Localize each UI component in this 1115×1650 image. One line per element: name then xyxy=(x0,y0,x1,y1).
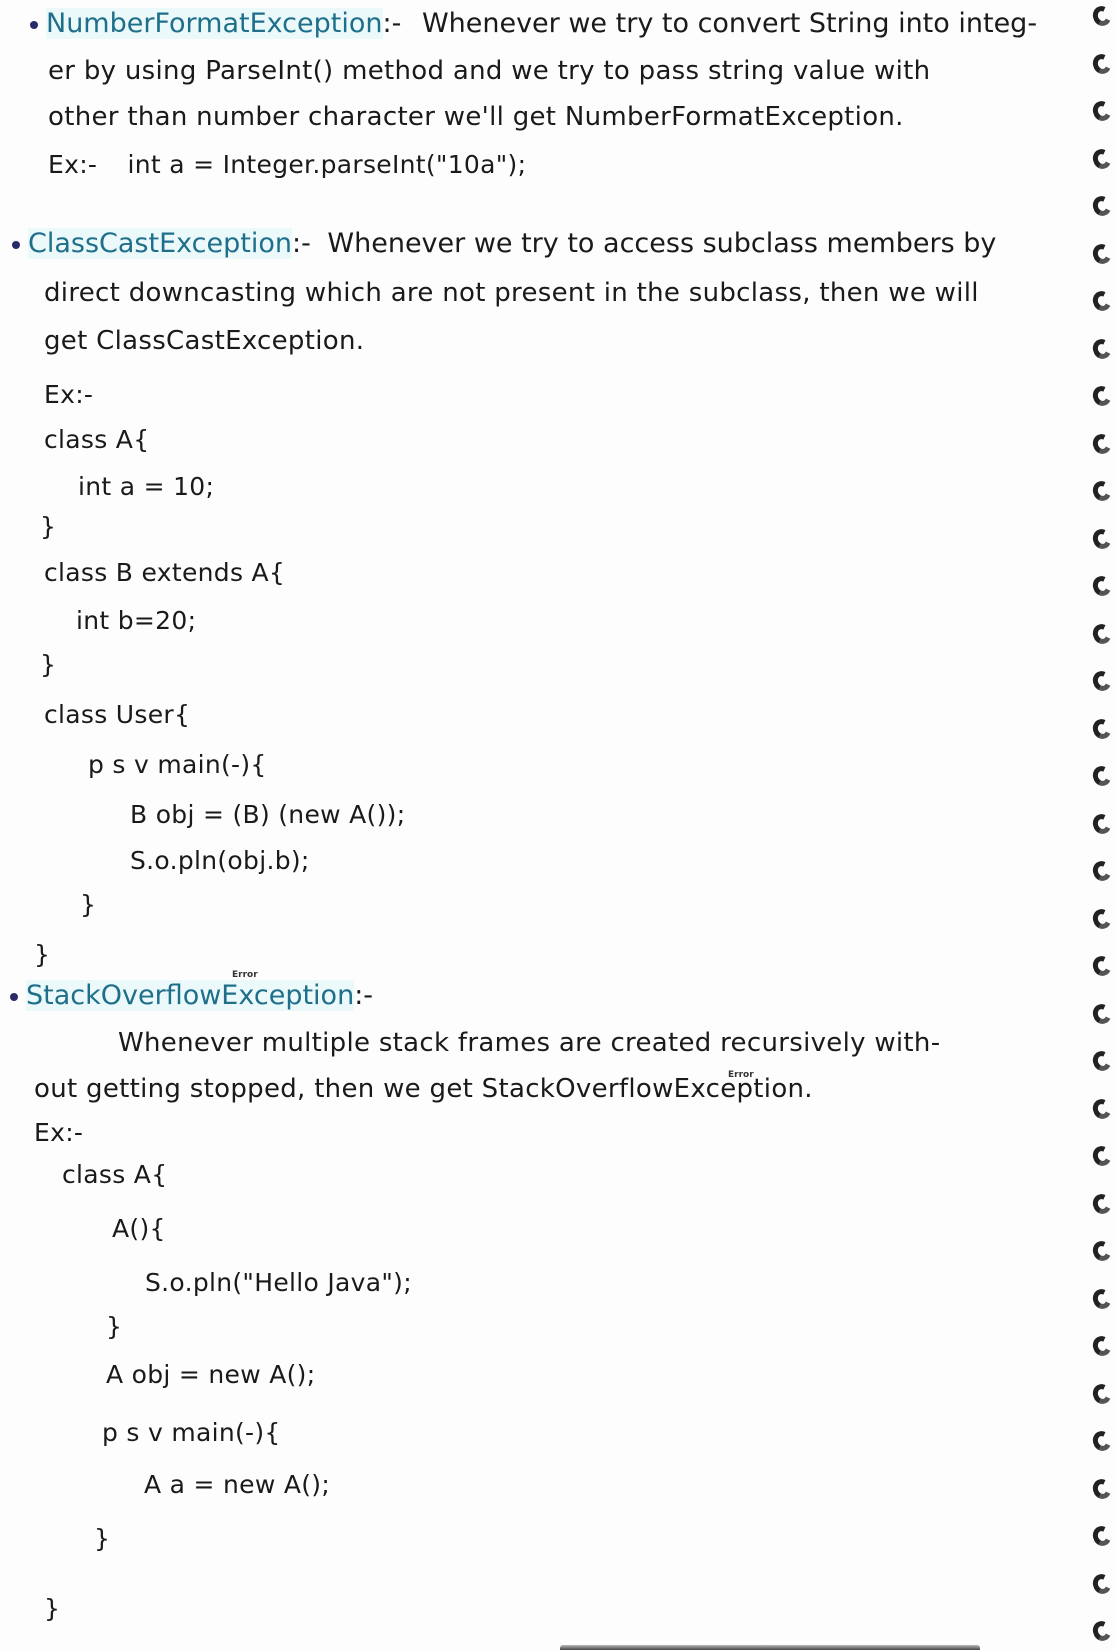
spiral-ring-icon xyxy=(1090,1429,1114,1454)
code-line: A a = new A(); xyxy=(144,1470,330,1499)
spiral-ring-icon xyxy=(1090,431,1114,456)
spiral-ring-icon xyxy=(1090,51,1114,76)
code-line: } xyxy=(40,650,56,679)
spiral-ring-icon xyxy=(1090,1476,1114,1501)
code-line: A(){ xyxy=(112,1214,166,1243)
body-line: out getting stopped, then we get StackOv… xyxy=(34,1074,813,1104)
section-number-format-exception: NumberFormatException:- Whenever we try … xyxy=(30,8,1037,39)
body-line: get ClassCastException. xyxy=(44,326,364,356)
section-heading: NumberFormatException xyxy=(46,8,383,39)
section-heading: StackOverflowException xyxy=(26,980,354,1011)
code-line: } xyxy=(106,1312,122,1341)
body-line: er by using ParseInt() method and we try… xyxy=(48,56,930,86)
spiral-ring-icon xyxy=(1090,1381,1114,1406)
code-line: B obj = (B) (new A()); xyxy=(130,800,405,829)
code-line: class B extends A{ xyxy=(44,558,285,587)
code-line: } xyxy=(80,890,96,919)
code-line: p s v main(-){ xyxy=(102,1418,281,1447)
code-line: class A{ xyxy=(44,425,149,454)
spiral-ring-icon xyxy=(1090,1144,1114,1169)
body-line: direct downcasting which are not present… xyxy=(44,278,979,308)
code-line: S.o.pln("Hello Java"); xyxy=(145,1268,412,1297)
spiral-ring-icon xyxy=(1090,194,1114,219)
heading-separator: :- xyxy=(292,228,311,259)
section-class-cast-exception: ClassCastException:- Whenever we try to … xyxy=(12,228,996,259)
section-heading: ClassCastException xyxy=(28,228,292,259)
spiral-ring-icon xyxy=(1090,811,1114,836)
code-line: } xyxy=(34,940,50,969)
body-line: other than number character we'll get Nu… xyxy=(48,102,904,132)
code-line: } xyxy=(94,1524,110,1553)
spiral-ring-icon xyxy=(1090,1239,1114,1264)
heading-separator: :- xyxy=(383,8,402,39)
spiral-ring-icon xyxy=(1090,336,1114,361)
heading-annotation: Error xyxy=(232,970,258,980)
notebook-page: NumberFormatException:- Whenever we try … xyxy=(0,0,1115,1650)
bullet-icon xyxy=(10,993,18,1001)
code-line: class User{ xyxy=(44,700,190,729)
bullet-icon xyxy=(12,241,20,249)
spiral-ring-icon xyxy=(1090,289,1114,314)
code-line: S.o.pln(obj.b); xyxy=(130,846,310,875)
code-line: } xyxy=(44,1594,60,1623)
example-line: Ex:- int a = Integer.parseInt("10a"); xyxy=(48,150,526,179)
code-line: int a = 10; xyxy=(78,472,214,501)
spiral-ring-icon xyxy=(1090,764,1114,789)
example-label: Ex:- xyxy=(44,380,93,409)
body-line: Whenever we try to access subclass membe… xyxy=(327,228,996,259)
spiral-ring-icon xyxy=(1090,526,1114,551)
spiral-ring-icon xyxy=(1090,716,1114,741)
code-line: A obj = new A(); xyxy=(106,1360,315,1389)
spiral-ring-icon xyxy=(1090,4,1114,29)
spiral-ring-icon xyxy=(1090,1619,1114,1644)
code-line: class A{ xyxy=(62,1160,167,1189)
spiral-ring-icon xyxy=(1090,669,1114,694)
heading-separator: :- xyxy=(354,980,373,1011)
spiral-ring-icon xyxy=(1090,1191,1114,1216)
spiral-ring-icon xyxy=(1090,954,1114,979)
spiral-ring-icon xyxy=(1090,1571,1114,1596)
code-line: int a = Integer.parseInt("10a"); xyxy=(128,150,527,179)
bullet-icon xyxy=(30,21,38,29)
spiral-ring-icon xyxy=(1090,1524,1114,1549)
spiral-ring-icon xyxy=(1090,1049,1114,1074)
body-line: Whenever we try to convert String into i… xyxy=(422,8,1037,39)
body-annotation: Error xyxy=(728,1070,754,1080)
spiral-ring-icon xyxy=(1090,1286,1114,1311)
section-stack-overflow-exception: StackOverflowException:- xyxy=(10,980,373,1011)
spiral-ring-icon xyxy=(1090,241,1114,266)
code-line: } xyxy=(40,512,56,541)
spiral-ring-icon xyxy=(1090,479,1114,504)
spiral-ring-icon xyxy=(1090,906,1114,931)
spiral-ring-icon xyxy=(1090,574,1114,599)
spiral-ring-icon xyxy=(1090,621,1114,646)
spiral-ring-icon xyxy=(1090,99,1114,124)
spiral-ring-icon xyxy=(1090,1096,1114,1121)
spiral-ring-icon xyxy=(1090,146,1114,171)
example-label: Ex:- xyxy=(48,150,97,179)
spiral-ring-icon xyxy=(1090,859,1114,884)
page-edge xyxy=(560,1645,980,1650)
code-line: p s v main(-){ xyxy=(88,750,267,779)
body-line: Whenever multiple stack frames are creat… xyxy=(118,1028,940,1058)
example-label: Ex:- xyxy=(34,1118,83,1147)
spiral-ring-icon xyxy=(1090,384,1114,409)
spiral-ring-icon xyxy=(1090,1334,1114,1359)
code-line: int b=20; xyxy=(76,606,196,635)
spiral-ring-icon xyxy=(1090,1001,1114,1026)
